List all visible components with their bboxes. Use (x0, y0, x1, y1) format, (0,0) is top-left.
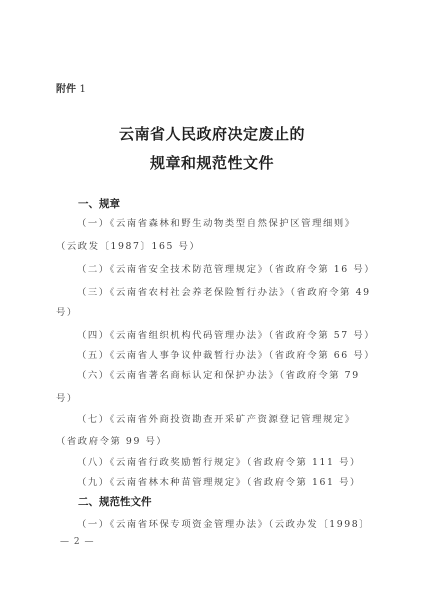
regulation-item-8: （八）《云南省行政奖励暂行规定》（省政府令第 111 号） (77, 454, 361, 468)
attachment-label: 附件 1 (56, 80, 86, 95)
regulation-item-1: （一）《云南省森林和野生动物类型自然保护区管理细则》 (77, 215, 356, 229)
regulation-item-9: （九）《云南省林木种苗管理规定》（省政府令第 161 号） (77, 474, 361, 488)
section-heading-normative-docs: 二、规范性文件 (78, 494, 152, 509)
regulation-item-6: （六）《云南省著名商标认定和保护办法》（省政府令第 79 (77, 367, 360, 381)
regulation-item-6-cont: 号） (56, 390, 78, 404)
regulation-item-3: （三）《云南省农村社会养老保险暂行办法》（省政府令第 49 (77, 284, 371, 298)
regulation-item-2: （二）《云南省安全技术防范管理规定》（省政府令第 16 号） (77, 261, 375, 275)
attachment-label-text: 附件 (56, 84, 76, 95)
regulation-item-7: （七）《云南省外商投资勘查开采矿产资源登记管理规定》 (77, 411, 356, 425)
normative-doc-item-1: （一）《云南省环保专项资金管理办法》（云政办发〔1998〕 (77, 516, 370, 530)
regulation-item-1-cont: （云政发〔1987〕165 号） (56, 238, 200, 252)
document-title-line2: 规章和规范性文件 (0, 152, 424, 173)
regulation-item-7-cont: （省政府令第 99 号） (56, 433, 167, 447)
page-number: — 2 — (60, 537, 94, 547)
attachment-number: 1 (79, 84, 85, 95)
regulation-item-4: （四）《云南省组织机构代码管理办法》（省政府令第 57 号） (77, 327, 375, 341)
document-title-line1: 云南省人民政府决定废止的 (0, 123, 424, 144)
section-heading-regulations: 一、规章 (78, 196, 120, 211)
regulation-item-3-cont: 号） (56, 304, 78, 318)
regulation-item-5: （五）《云南省人事争议仲裁暂行办法》（省政府令第 66 号） (77, 347, 375, 361)
